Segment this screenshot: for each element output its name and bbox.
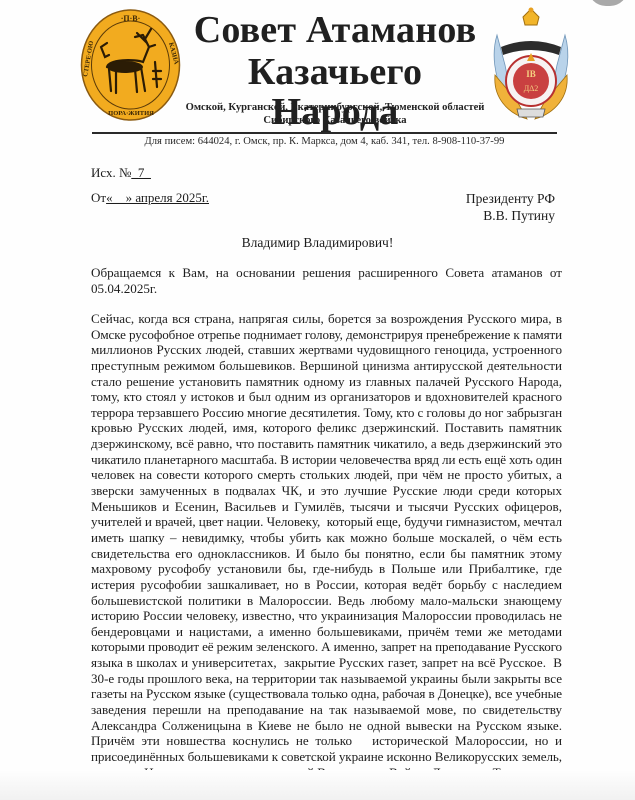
outgoing-number-value: _7_ — [131, 165, 151, 180]
recipient-block: Президенту РФ В.В. Путину — [466, 190, 555, 224]
postal-address: Для писем: 644024, г. Омск, пр. К. Маркс… — [92, 135, 557, 149]
svg-text:ДΔ2: ДΔ2 — [524, 84, 539, 93]
svg-text:ПОРА·ЖИТИЯ: ПОРА·ЖИТИЯ — [108, 110, 154, 117]
text-line: Обращаемся к Вам, на основании решения р… — [91, 265, 562, 281]
text-line: Сейчас, когда вся страна, напрягая силы,… — [91, 311, 562, 327]
svg-text:·П·В·: ·П·В· — [121, 14, 141, 23]
text-line: дзержинскому, всё равно, что поставить п… — [91, 436, 562, 452]
coat-of-arms-icon: IB ДΔ2 — [487, 5, 575, 128]
text-line: Причём эти новшества коснулись не только… — [91, 733, 562, 749]
text-line: заведения перешли на преподавание на так… — [91, 702, 562, 718]
org-regions-line1: Омской, Курганской, Екатеринбургской, Тю… — [170, 101, 500, 114]
text-line: присоединённых большевиками к советской … — [91, 749, 562, 765]
text-line: стало решение установить памятник одному… — [91, 374, 562, 390]
org-title-line1: Совет Атаманов — [180, 10, 490, 50]
text-line: преступным режимом большевиков. Вершиной… — [91, 358, 562, 374]
more-options-button[interactable] — [588, 0, 628, 6]
text-line: которыми проводит её режим зеленского. А… — [91, 639, 562, 655]
recipient-name: В.В. Путину — [466, 207, 555, 224]
text-line: миллионов Русских людей, ставших жертвам… — [91, 342, 562, 358]
text-line: истерия русофобии зашкаливает, но в Росс… — [91, 577, 562, 593]
document-page: ·П·В· СТЕРЕ·ОЮ КАЗНА ПОРА·ЖИТИЯ Совет Ат… — [0, 0, 635, 800]
text-line: кровью Русских людей, имя, которого фели… — [91, 420, 562, 436]
outgoing-label: Исх. № — [91, 165, 131, 180]
text-line: иметь шапку – невидимку, чтобы убить как… — [91, 530, 562, 546]
text-line: Александра Солженицына в Киеве не было н… — [91, 718, 562, 734]
text-line: языка в школах и университетах, закрытие… — [91, 655, 562, 671]
header-divider — [92, 132, 557, 134]
text-line: махровому русофобу установили бы, где-ни… — [91, 561, 562, 577]
text-line: учителей и врачей, цвет нации. Человеку,… — [91, 514, 562, 530]
text-line: террора терзавшего Россию многие десятил… — [91, 405, 562, 421]
text-line: зверски замученных в подвалах ЧК, и это … — [91, 483, 562, 499]
text-line: газеты на Русском языке (существовала то… — [91, 686, 562, 702]
page-bottom-edge — [0, 770, 635, 800]
text-line: тому, кто стоял у истоков и был одним из… — [91, 389, 562, 405]
org-regions-line2: Сибирского Казачьего войска — [170, 114, 500, 127]
recipient-title: Президенту РФ — [466, 190, 555, 207]
text-line: чикатило планетарного масштаба. В истори… — [91, 452, 562, 468]
text-line: Меньшиков и Есенин, Васильев и Гумилёв, … — [91, 499, 562, 515]
text-line: человек на совести которого смерть столь… — [91, 467, 562, 483]
text-line: 30-е годы прошлого века, на территории т… — [91, 671, 562, 687]
seal-logo-icon: ·П·В· СТЕРЕ·ОЮ КАЗНА ПОРА·ЖИТИЯ — [79, 7, 182, 123]
date-value: «__» апреля 2025г. — [106, 190, 209, 205]
intro-paragraph: Обращаемся к Вам, на основании решения р… — [91, 265, 562, 296]
outgoing-number: Исх. №_7_ — [91, 165, 151, 181]
letter-date: От«__» апреля 2025г. — [91, 190, 209, 206]
svg-text:IB: IB — [526, 69, 536, 79]
text-line: 05.04.2025г. — [91, 281, 562, 297]
body-paragraph: Сейчас, когда вся страна, напрягая силы,… — [91, 311, 562, 796]
salutation: Владимир Владимирович! — [0, 234, 635, 251]
text-line: Омске русофобное отрепье поднимает голов… — [91, 327, 562, 343]
text-line: большевистской политики в Малороссии. Ве… — [91, 593, 562, 609]
text-line: бендеровцами и нацистами, а именно больш… — [91, 624, 562, 640]
date-prefix: От — [91, 190, 106, 205]
text-line: свидетельства его одноклассников. И было… — [91, 546, 562, 562]
text-line: историю России человеку, известно, что у… — [91, 608, 562, 624]
